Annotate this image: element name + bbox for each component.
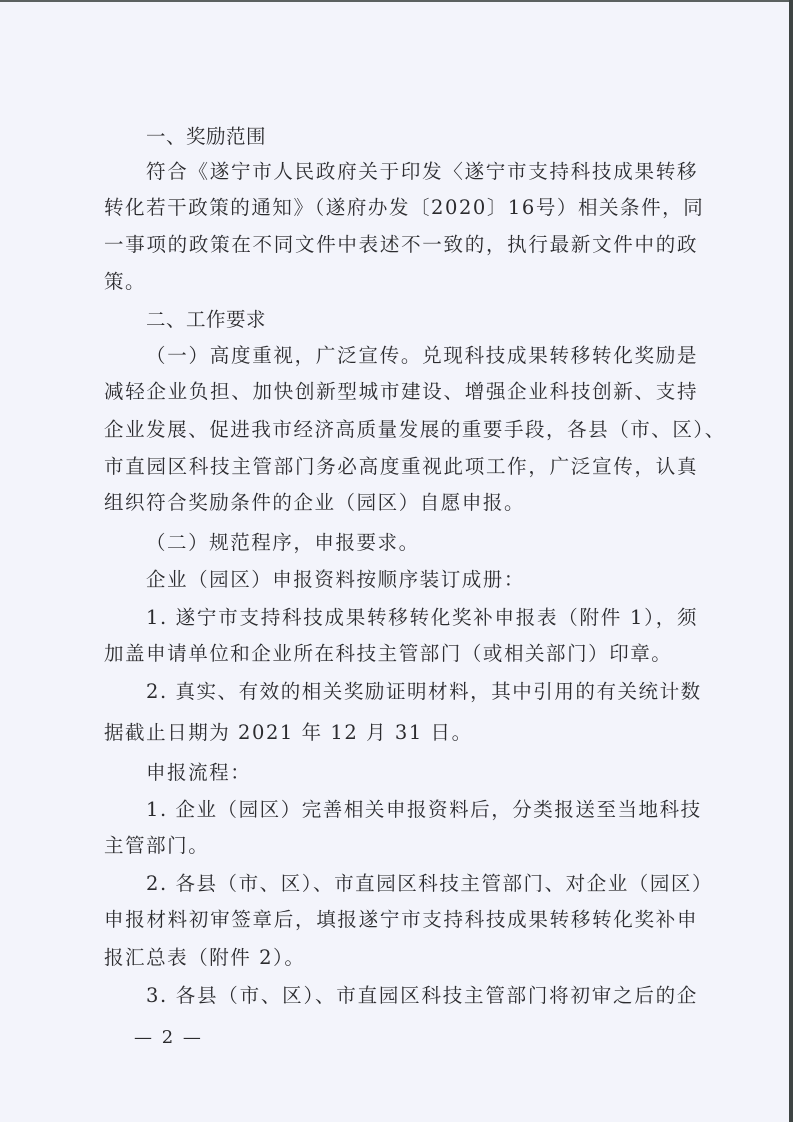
paragraph-line: 申报材料初审签章后，填报遂宁市支持科技成果转移转化奖补申 <box>104 908 698 932</box>
process-step-1: 1. 企业（园区）完善相关申报资料后，分类报送至当地科技 <box>146 798 698 822</box>
list-item-2: 2. 真实、有效的相关奖励证明材料，其中引用的有关统计数 <box>146 680 698 704</box>
subheading-procedure: （二）规范程序，申报要求。 <box>146 531 698 555</box>
paragraph-line: 组织符合奖励条件的企业（园区）自愿申报。 <box>104 491 698 515</box>
scan-edge-right <box>789 0 793 1122</box>
subheading-process: 申报流程： <box>146 761 698 785</box>
paragraph-line: （一）高度重视，广泛宣传。兑现科技成果转移转化奖励是 <box>146 344 698 368</box>
paragraph-line: 主管部门。 <box>104 834 698 858</box>
scan-edge-top <box>0 0 793 2</box>
process-step-3: 3. 各县（市、区）、市直园区科技主管部门将初审之后的企 <box>146 984 698 1008</box>
process-step-2: 2. 各县（市、区）、市直园区科技主管部门、对企业（园区） <box>146 872 698 896</box>
list-item-1: 1. 遂宁市支持科技成果转移转化奖补申报表（附件 1），须 <box>146 606 698 630</box>
paragraph-line: 转化若干政策的通知》（遂府办发〔2020〕16号）相关条件，同 <box>104 196 698 220</box>
section-heading-reward-scope: 一、奖励范围 <box>146 125 266 149</box>
paragraph-line: 企业（园区）申报资料按顺序装订成册： <box>146 568 698 592</box>
paragraph-line: 企业发展、促进我市经济高质量发展的重要手段，各县（市、区）、 <box>104 418 698 442</box>
paragraph-line: 符合《遂宁市人民政府关于印发〈遂宁市支持科技成果转移 <box>146 160 698 184</box>
paragraph-line: 策。 <box>104 270 698 294</box>
paragraph-line: 减轻企业负担、加快创新型城市建设、增强企业科技创新、支持 <box>104 380 698 404</box>
section-heading-work-requirements: 二、工作要求 <box>146 308 266 332</box>
paragraph-line: 加盖申请单位和企业所在科技主管部门（或相关部门）印章。 <box>104 642 698 666</box>
paragraph-line: 报汇总表（附件 2）。 <box>104 946 698 970</box>
paragraph-line: 据截止日期为 2021 年 12 月 31 日。 <box>104 721 698 745</box>
paragraph-line: 一事项的政策在不同文件中表述不一致的，执行最新文件中的政 <box>104 233 698 257</box>
paragraph-line: 市直园区科技主管部门务必高度重视此项工作，广泛宣传，认真 <box>104 455 698 479</box>
page-number: — 2 — <box>134 1026 203 1050</box>
